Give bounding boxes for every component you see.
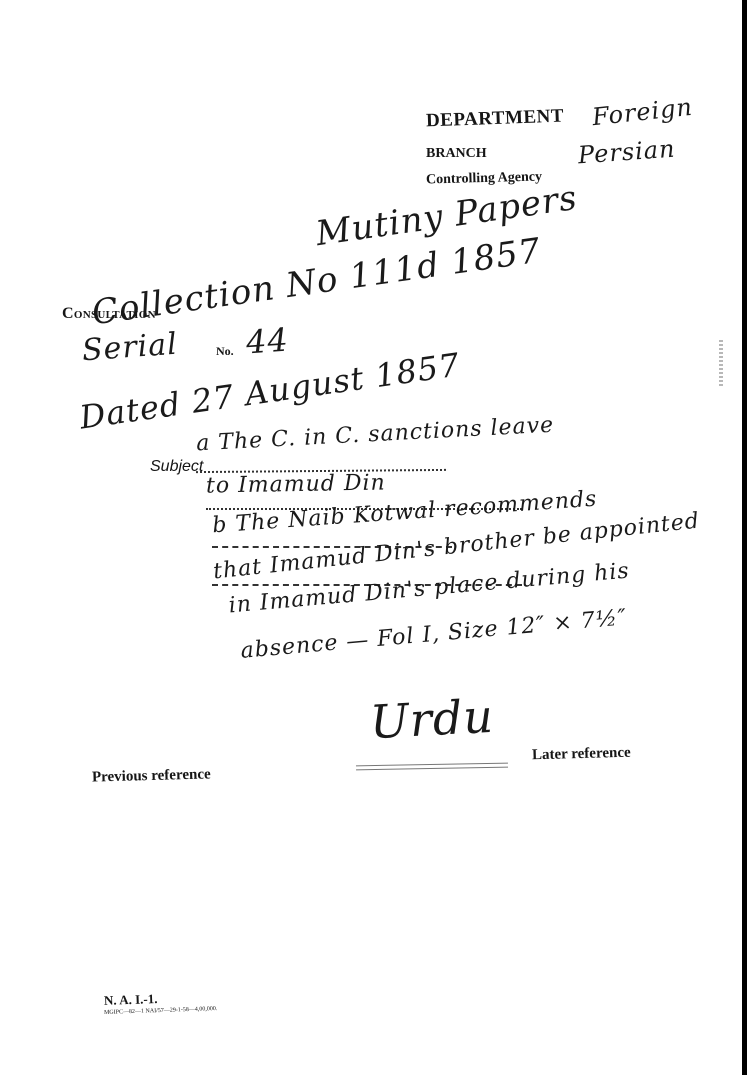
subject-label: Subject bbox=[150, 458, 203, 476]
collection-number: Collection No 111d 1857 bbox=[89, 231, 543, 334]
serial-no-label: No. bbox=[216, 344, 234, 359]
consultation-label: Consultation bbox=[62, 305, 156, 323]
branch-label: BRANCH bbox=[426, 146, 487, 162]
language-note: Urdu bbox=[369, 689, 496, 749]
previous-reference-label: Previous reference bbox=[92, 766, 211, 786]
subject-line: to Imamud Din bbox=[206, 470, 386, 498]
scan-artifact bbox=[719, 340, 723, 388]
subject-line: a The C. in C. sanctions leave bbox=[196, 413, 555, 457]
later-reference-label: Later reference bbox=[532, 745, 631, 765]
department-label: DEPARTMENT bbox=[426, 106, 565, 133]
language-underline bbox=[356, 763, 508, 771]
department-value: Foreign bbox=[591, 93, 694, 131]
branch-value: Persian bbox=[577, 135, 676, 170]
scan-edge-border bbox=[742, 0, 747, 1075]
serial-handwritten: Serial bbox=[81, 327, 179, 369]
form-id: N. A. I.-1. bbox=[104, 991, 158, 1009]
serial-no-value: 44 bbox=[245, 321, 290, 362]
subject-line: absence — Fol I, Size 12″ × 7½″ bbox=[240, 605, 629, 664]
